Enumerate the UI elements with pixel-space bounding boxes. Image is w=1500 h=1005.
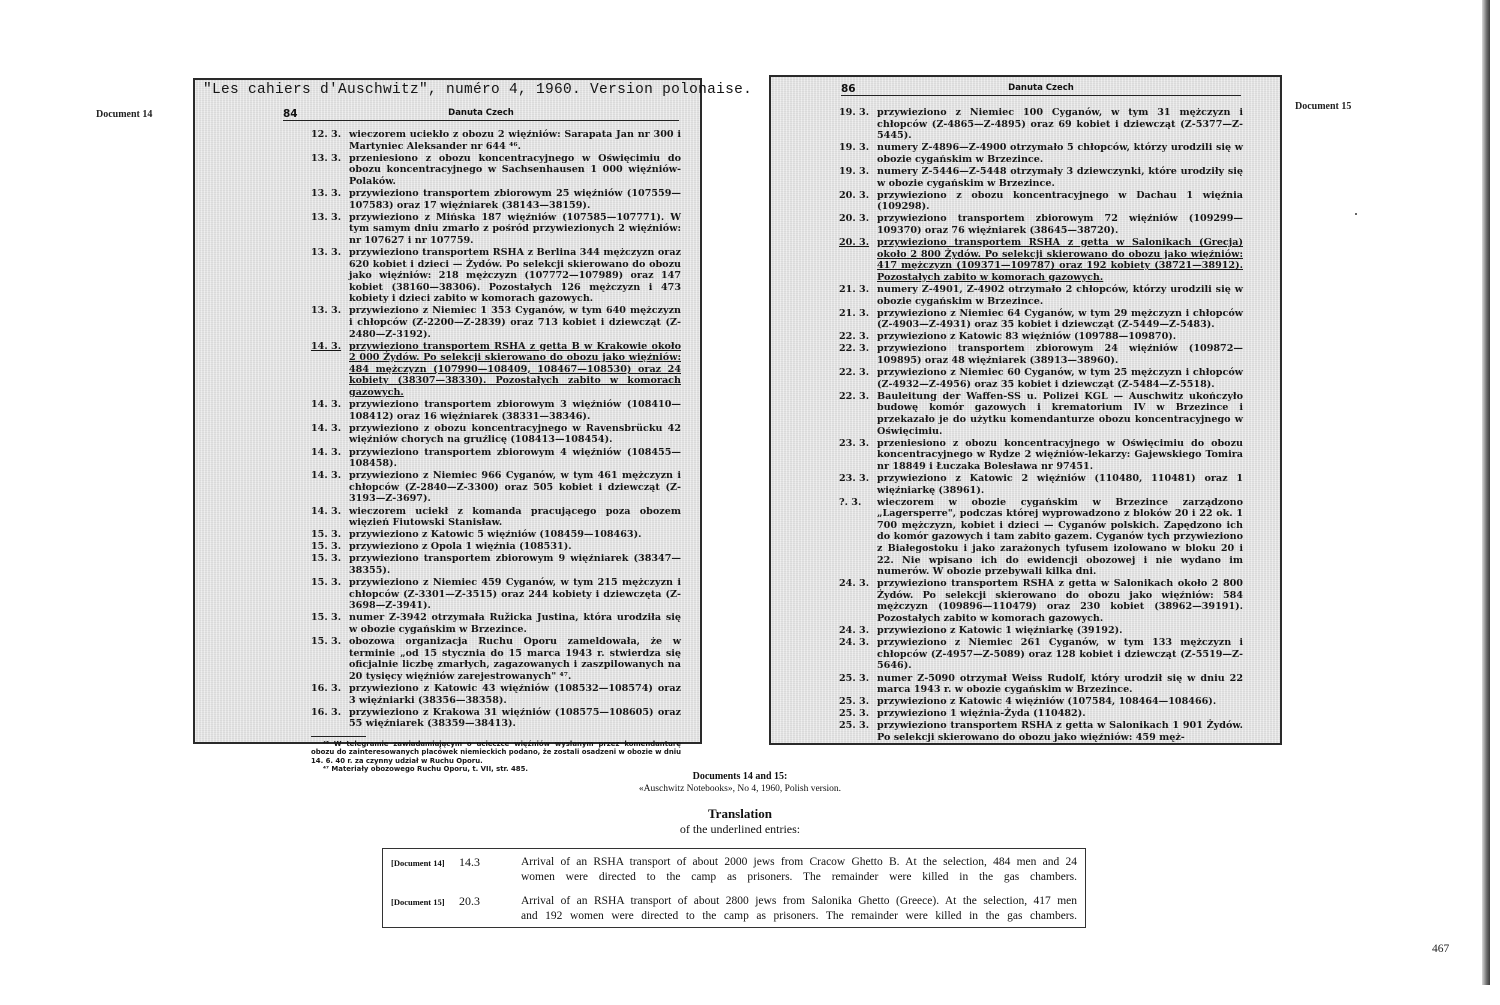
chronicle-entry: 19. 3.przywieziono z Niemiec 100 Cyganów…: [839, 107, 1243, 142]
entry-date: 25. 3.: [839, 673, 877, 696]
entry-date: 14. 3.: [311, 470, 349, 505]
entry-date: 23. 3.: [839, 473, 877, 496]
entry-date: 13. 3.: [311, 188, 349, 211]
entry-date: 12. 3.: [311, 129, 349, 152]
source-author: Danuta Czech: [373, 108, 589, 120]
chronicle-entry: 19. 3.numery Z-4896—Z-4900 otrzymało 5 c…: [839, 142, 1243, 165]
entry-text: przywieziono transportem zbiorowym 4 wię…: [349, 447, 681, 470]
page-number: 467: [1432, 943, 1449, 955]
entry-text: numery Z-4896—Z-4900 otrzymało 5 chłopcó…: [877, 142, 1243, 165]
chronicle-entry: 15. 3.obozowa organizacja Ruchu Oporu za…: [311, 636, 681, 682]
entry-text: przywieziono z obozu koncentracyjnego w …: [349, 423, 681, 446]
entry-text: Bauleitung der Waffen-SS u. Polizei KGL …: [877, 391, 1243, 437]
entry-text: przywieziono z Niemiec 966 Cyganów, w ty…: [349, 470, 681, 505]
entry-text: wieczorem uciekł z komanda pracującego p…: [349, 506, 681, 529]
chronicle-entry: 14. 3.przywieziono transportem zbiorowym…: [311, 399, 681, 422]
entry-date: 15. 3.: [311, 529, 349, 541]
entry-date: 19. 3.: [839, 107, 877, 142]
entry-date: 13. 3.: [311, 247, 349, 305]
chronicle-entry: 13. 3.przywieziono z Niemiec 1 353 Cygan…: [311, 305, 681, 340]
chronicle-entry: ?. 3.wieczorem w obozie cygańskim w Brze…: [839, 497, 1243, 578]
chronicle-entry: 23. 3.przywieziono z Katowic 2 więźniów …: [839, 473, 1243, 496]
entry-date: 14. 3.: [311, 506, 349, 529]
entry-date: 14. 3.: [311, 341, 349, 399]
entry-date: 14. 3.: [311, 423, 349, 446]
entry-text: przywieziono z Katowic 43 więźniów (1085…: [349, 683, 681, 706]
chronicle-entries: 19. 3.przywieziono z Niemiec 100 Cyganów…: [839, 107, 1243, 744]
print-speck: [1355, 213, 1357, 215]
entry-text: przywieziono z Katowic 5 więźniów (10845…: [349, 529, 681, 541]
entry-text: przywieziono transportem zbiorowym 9 wię…: [349, 553, 681, 576]
translation-text: Arrival of an RSHA transport of about 20…: [521, 855, 1077, 884]
translation-text: Arrival of an RSHA transport of about 28…: [521, 894, 1077, 923]
entry-date: 15. 3.: [311, 553, 349, 576]
entry-text: przeniesiono z obozu koncentracyjnego w …: [877, 438, 1243, 473]
entry-date: 14. 3.: [311, 447, 349, 470]
chronicle-entry: 21. 3.numery Z-4901, Z-4902 otrzymało 2 …: [839, 284, 1243, 307]
chronicle-entry: 23. 3.przeniesiono z obozu koncentracyjn…: [839, 438, 1243, 473]
entry-text: numer Z-5090 otrzymał Weiss Rudolf, któr…: [877, 673, 1243, 696]
entry-date: 13. 3.: [311, 153, 349, 188]
document-15-facsimile: 86 Danuta Czech 19. 3.przywieziono z Nie…: [769, 75, 1282, 745]
document-ref: [Document 14]: [391, 855, 459, 884]
entry-date: 16. 3.: [311, 683, 349, 706]
chronicle-entry: 19. 3.numery Z-5446—Z-5448 otrzymały 3 d…: [839, 166, 1243, 189]
document-14-label: Document 14: [96, 109, 152, 120]
entry-date: 24. 3.: [839, 637, 877, 672]
entry-text: przeniesiono z obozu koncentracyjnego w …: [349, 153, 681, 188]
entry-date: 22. 3.: [839, 367, 877, 390]
entry-date: 22. 3.: [839, 343, 877, 366]
entry-text: przywieziono transportem RSHA z getta w …: [877, 720, 1243, 743]
chronicle-entry: 13. 3.przywieziono transportem RSHA z Be…: [311, 247, 681, 305]
entry-text: przywieziono z Niemiec 100 Cyganów, w ty…: [877, 107, 1243, 142]
entry-text: numer Z-3942 otrzymała Ružicka Justina, …: [349, 612, 681, 635]
entry-text: numery Z-4901, Z-4902 otrzymało 2 chłopc…: [877, 284, 1243, 307]
entry-text: przywieziono z Niemiec 1 353 Cyganów, w …: [349, 305, 681, 340]
document-15-label: Document 15: [1295, 101, 1351, 112]
entry-date: 20. 3.: [839, 213, 877, 236]
chronicle-entry: 22. 3.przywieziono z Katowic 83 więźniów…: [839, 331, 1243, 343]
chronicle-entry: 20. 3.przywieziono z obozu koncentracyjn…: [839, 190, 1243, 213]
chronicle-entry: 25. 3.przywieziono 1 więźnia-Żyda (11048…: [839, 708, 1243, 720]
entry-text: przywieziono transportem RSHA z getta B …: [349, 341, 681, 399]
entry-text: obozowa organizacja Ruchu Oporu zameldow…: [349, 636, 681, 682]
chronicle-entry: 14. 3.wieczorem uciekł z komanda pracują…: [311, 506, 681, 529]
entry-date: 21. 3.: [839, 284, 877, 307]
entry-date: 15. 3.: [311, 541, 349, 553]
chronicle-entry: 24. 3.przywieziono z Niemiec 261 Cyganów…: [839, 637, 1243, 672]
entry-date: 14.3: [459, 855, 521, 884]
entry-text: przywieziono z Niemiec 60 Cyganów, w tym…: [877, 367, 1243, 390]
entry-text: przywieziono transportem RSHA z getta w …: [877, 237, 1243, 283]
entry-date: 24. 3.: [839, 578, 877, 624]
entry-text: przywieziono transportem zbiorowym 3 wię…: [349, 399, 681, 422]
chronicle-entry: 14. 3.przywieziono transportem RSHA z ge…: [311, 341, 681, 399]
entry-date: 23. 3.: [839, 438, 877, 473]
running-head: 84 Danuta Czech: [283, 104, 679, 121]
chronicle-entry: 20. 3.przywieziono transportem zbiorowym…: [839, 213, 1243, 236]
translation-item: [Document 15] 20.3 Arrival of an RSHA tr…: [391, 894, 1077, 923]
entry-date: 13. 3.: [311, 212, 349, 247]
entry-text: wieczorem uciekło z obozu 2 więźniów: Sa…: [349, 129, 681, 152]
entry-text: przywieziono transportem zbiorowym 25 wi…: [349, 188, 681, 211]
entry-text: przywieziono z Katowic 83 więźniów (1097…: [877, 331, 1243, 343]
caption-title: Documents 14 and 15:: [0, 771, 1480, 782]
chronicle-entry: 13. 3.przywieziono z Mińska 187 więźniów…: [311, 212, 681, 247]
entry-text: przywieziono z Niemiec 261 Cyganów, w ty…: [877, 637, 1243, 672]
entry-text: wieczorem w obozie cygańskim w Brzezince…: [877, 497, 1243, 578]
chronicle-entry: 15. 3.przywieziono z Niemiec 459 Cyganów…: [311, 577, 681, 612]
chronicle-entry: 13. 3.przywieziono transportem zbiorowym…: [311, 188, 681, 211]
entry-date: 15. 3.: [311, 577, 349, 612]
chronicle-entry: 16. 3.przywieziono z Katowic 43 więźniów…: [311, 683, 681, 706]
entry-date: 19. 3.: [839, 142, 877, 165]
entry-text: przywieziono transportem zbiorowym 24 wi…: [877, 343, 1243, 366]
document-ref: [Document 15]: [391, 894, 459, 923]
entry-date: 16. 3.: [311, 707, 349, 730]
translation-heading: Translation: [0, 806, 1480, 822]
chronicle-entry: 15. 3.przywieziono z Katowic 5 więźniów …: [311, 529, 681, 541]
entry-date: 25. 3.: [839, 708, 877, 720]
translation-subheading: of the underlined entries:: [0, 822, 1480, 837]
typewriter-source-title: "Les cahiers d'Auschwitz", numéro 4, 196…: [203, 82, 752, 98]
entry-date: 15. 3.: [311, 612, 349, 635]
chronicle-entry: 22. 3.przywieziono z Niemiec 60 Cyganów,…: [839, 367, 1243, 390]
translation-box: [Document 14] 14.3 Arrival of an RSHA tr…: [382, 848, 1086, 928]
source-page-number: 86: [841, 83, 931, 95]
entry-text: przywieziono z Katowic 1 więźniarkę (391…: [877, 625, 1243, 637]
chronicle-entry: 16. 3.przywieziono z Krakowa 31 więźniów…: [311, 707, 681, 730]
entry-date: 20. 3.: [839, 190, 877, 213]
chronicle-entry: 14. 3.przywieziono z Niemiec 966 Cyganów…: [311, 470, 681, 505]
entry-date: 25. 3.: [839, 720, 877, 743]
entry-text: przywieziono 1 więźnia-Żyda (110482).: [877, 708, 1243, 720]
book-page-edge: [1482, 0, 1490, 985]
entry-text: przywieziono transportem zbiorowym 72 wi…: [877, 213, 1243, 236]
running-head: 86 Danuta Czech: [841, 79, 1241, 96]
entry-text: przywieziono z obozu koncentracyjnego w …: [877, 190, 1243, 213]
chronicle-entries: 12. 3.wieczorem uciekło z obozu 2 więźni…: [311, 129, 681, 773]
entry-date: 22. 3.: [839, 391, 877, 437]
caption-subtitle: «Auschwitz Notebooks», No 4, 1960, Polis…: [0, 784, 1480, 794]
entry-date: 21. 3.: [839, 308, 877, 331]
entry-date: 25. 3.: [839, 696, 877, 708]
entry-text: przywieziono z Krakowa 31 więźniów (1085…: [349, 707, 681, 730]
chronicle-entry: 25. 3.przywieziono transportem RSHA z ge…: [839, 720, 1243, 743]
entry-date: 20.3: [459, 894, 521, 923]
chronicle-entry: 13. 3.przeniesiono z obozu koncentracyjn…: [311, 153, 681, 188]
chronicle-entry: 14. 3.przywieziono z obozu koncentracyjn…: [311, 423, 681, 446]
source-page-number: 84: [283, 108, 373, 120]
entry-text: przywieziono z Opola 1 więźnia (108531).: [349, 541, 681, 553]
footnote-rule: [311, 736, 366, 737]
chronicle-entry: 20. 3.przywieziono transportem RSHA z ge…: [839, 237, 1243, 283]
entry-date: 13. 3.: [311, 305, 349, 340]
entry-text: przywieziono z Mińska 187 więźniów (1075…: [349, 212, 681, 247]
entry-text: przywieziono z Katowic 4 więźniów (10758…: [877, 696, 1243, 708]
footnotes: ⁴⁶ W telegramie zawiadamiającym o uciecz…: [311, 740, 681, 774]
entry-text: przywieziono z Niemiec 64 Cyganów, w tym…: [877, 308, 1243, 331]
entry-text: przywieziono z Katowic 2 więźniów (11048…: [877, 473, 1243, 496]
entry-date: 20. 3.: [839, 237, 877, 283]
entry-text: przywieziono z Niemiec 459 Cyganów, w ty…: [349, 577, 681, 612]
entry-date: 14. 3.: [311, 399, 349, 422]
chronicle-entry: 22. 3.Bauleitung der Waffen-SS u. Polize…: [839, 391, 1243, 437]
entry-text: przywieziono transportem RSHA z getta w …: [877, 578, 1243, 624]
entry-text: numery Z-5446—Z-5448 otrzymały 3 dziewcz…: [877, 166, 1243, 189]
entry-date: 19. 3.: [839, 166, 877, 189]
chronicle-entry: 12. 3.wieczorem uciekło z obozu 2 więźni…: [311, 129, 681, 152]
chronicle-entry: 14. 3.przywieziono transportem zbiorowym…: [311, 447, 681, 470]
entry-date: 22. 3.: [839, 331, 877, 343]
footnote: ⁴⁶ W telegramie zawiadamiającym o uciecz…: [311, 740, 681, 765]
document-14-facsimile: "Les cahiers d'Auschwitz", numéro 4, 196…: [193, 78, 702, 744]
chronicle-entry: 24. 3.przywieziono z Katowic 1 więźniark…: [839, 625, 1243, 637]
entry-text: przywieziono transportem RSHA z Berlina …: [349, 247, 681, 305]
chronicle-entry: 25. 3.przywieziono z Katowic 4 więźniów …: [839, 696, 1243, 708]
chronicle-entry: 21. 3.przywieziono z Niemiec 64 Cyganów,…: [839, 308, 1243, 331]
chronicle-entry: 22. 3.przywieziono transportem zbiorowym…: [839, 343, 1243, 366]
chronicle-entry: 15. 3.numer Z-3942 otrzymała Ružicka Jus…: [311, 612, 681, 635]
source-author: Danuta Czech: [931, 83, 1151, 95]
chronicle-entry: 24. 3.przywieziono transportem RSHA z ge…: [839, 578, 1243, 624]
chronicle-entry: 25. 3.numer Z-5090 otrzymał Weiss Rudolf…: [839, 673, 1243, 696]
entry-date: 24. 3.: [839, 625, 877, 637]
entry-date: 15. 3.: [311, 636, 349, 682]
chronicle-entry: 15. 3.przywieziono transportem zbiorowym…: [311, 553, 681, 576]
translation-item: [Document 14] 14.3 Arrival of an RSHA tr…: [391, 855, 1077, 884]
chronicle-entry: 15. 3.przywieziono z Opola 1 więźnia (10…: [311, 541, 681, 553]
entry-date: ?. 3.: [839, 497, 877, 578]
